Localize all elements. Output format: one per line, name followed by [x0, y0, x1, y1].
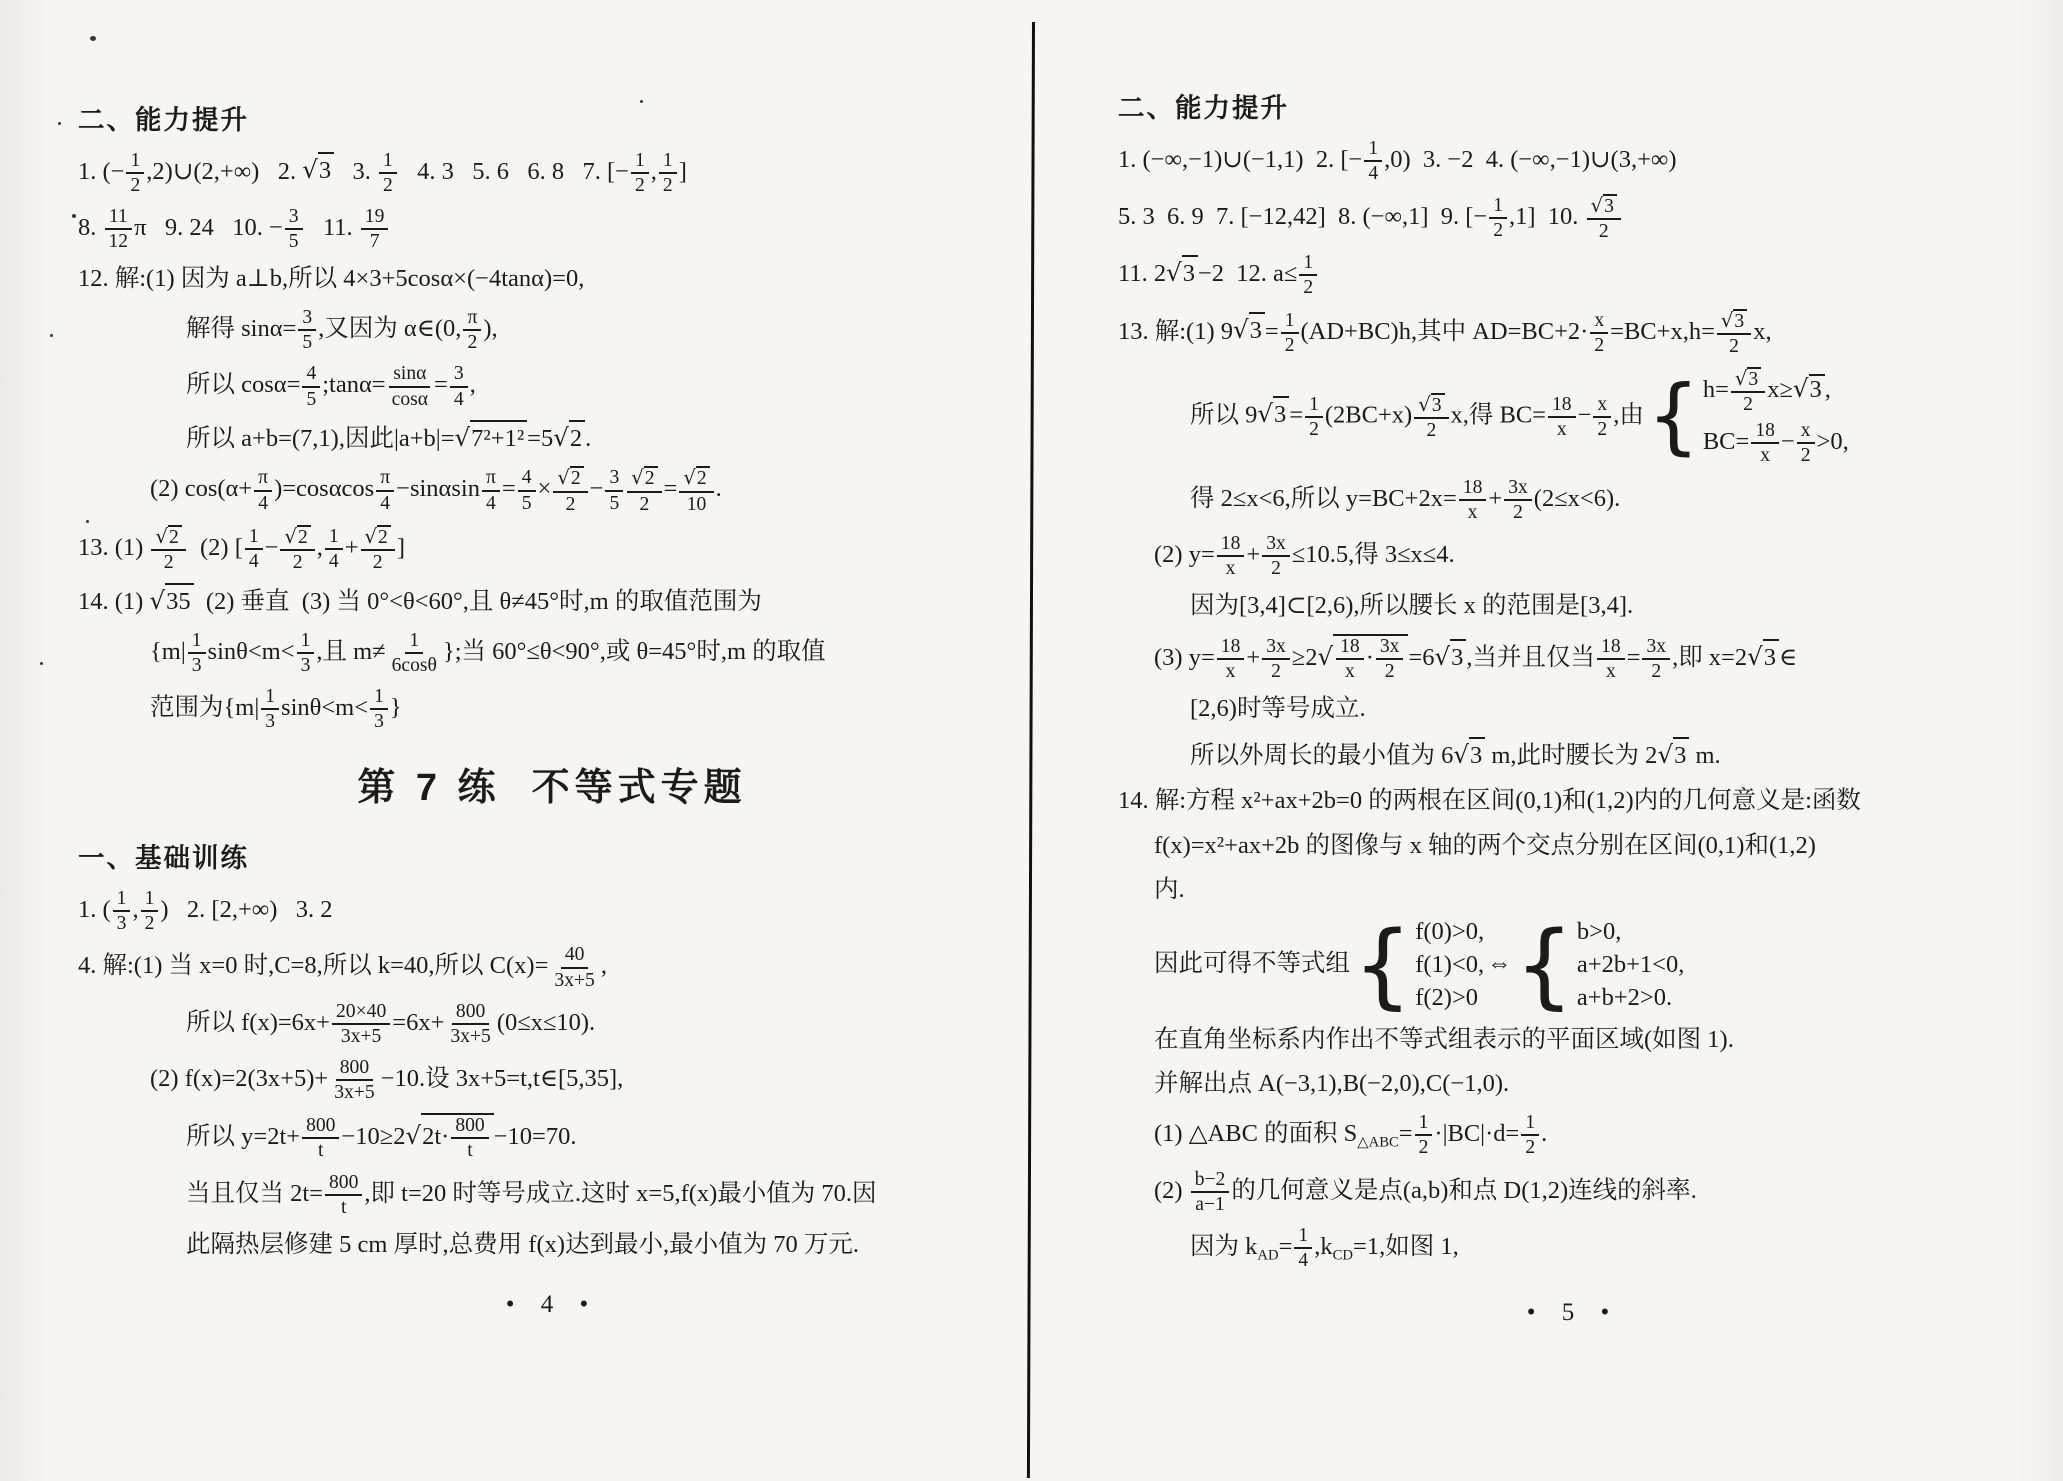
fraction: 13: [297, 630, 315, 676]
scan-speckle: [40, 662, 43, 665]
scan-speckle: [50, 334, 53, 337]
fraction: 20×403x+5: [332, 1001, 390, 1047]
fraction: 3x2: [1376, 636, 1404, 682]
cases-brace-group: {f(0)>0,f(1)<0,f(2)>0: [1353, 918, 1484, 1013]
sqrt-radical: √2: [284, 527, 310, 548]
text-line: 因为[3,4]⊂[2,6),所以腰长 x 的范围是[3,4].: [1118, 589, 2028, 624]
scanned-book-spread: { "document": { "kind": "scanned math wo…: [0, 0, 2063, 1481]
section-heading: 一、基础训练: [78, 840, 1026, 878]
cases-brace-group: {h=√32x≥√3,BC=18x−x2>0,: [1647, 367, 1849, 467]
fraction: x2: [1593, 394, 1611, 440]
fraction: 13: [370, 686, 388, 732]
practice-title: 第 7 练 不等式专题: [78, 762, 1026, 816]
sqrt-radical: √3: [1257, 401, 1289, 428]
sqrt-radical: √3: [302, 157, 334, 184]
text-line: 解得 sinα=35,又因为 α∈(0,π2),: [78, 307, 1026, 353]
sqrt-radical: √2: [553, 425, 585, 452]
cases-brace-group: {b>0,a+2b+1<0,a+b+2>0.: [1515, 918, 1685, 1013]
fraction: 800t: [302, 1115, 339, 1161]
book-spine-fold-line: [1027, 22, 1035, 1478]
fraction: √22: [627, 466, 661, 514]
sqrt-radical: √35: [149, 588, 193, 615]
sqrt-radical: √3: [1591, 196, 1617, 217]
text-line: 在直角坐标系内作出不等式组表示的平面区域(如图 1).: [1118, 1023, 2028, 1058]
sqrt-radical: √2: [155, 527, 181, 548]
sqrt-radical: √2: [683, 468, 709, 489]
scan-speckle: [72, 214, 76, 218]
fraction: 13: [261, 686, 279, 732]
fraction: 12: [1489, 195, 1507, 241]
text-line: (2) f(x)=2(3x+5)+8003x+5−10.设 3x+5=t,t∈[…: [78, 1057, 1026, 1103]
left-brace: {: [1647, 383, 1700, 450]
sqrt-radical: √2t·800t: [405, 1123, 493, 1150]
text-line: 内.: [1118, 873, 2028, 908]
fraction: √32: [1731, 367, 1765, 415]
fraction: 14: [1364, 138, 1382, 184]
fraction: 12: [1305, 394, 1323, 440]
fraction: 12: [379, 150, 397, 196]
text-line: 此隔热层修建 5 cm 厚时,总费用 f(x)达到最小,最小值为 70 万元.: [78, 1228, 1026, 1263]
fraction: 12: [1281, 310, 1299, 356]
text-line: 当且仅当 2t=800t,即 t=20 时等号成立.这时 x=5,f(x)最小值…: [78, 1172, 1026, 1218]
fraction: 18x: [1217, 533, 1245, 579]
fraction: 3x2: [1262, 533, 1290, 579]
text-line: 范围为{m|13sinθ<m<13}: [78, 686, 1026, 732]
fraction: sinαcosα: [388, 363, 432, 409]
fraction: 403x+5: [550, 944, 598, 990]
text-line: 14. (1) √35 (2) 垂直 (3) 当 0°<θ<60°,且 θ≠45…: [78, 583, 1026, 620]
text-line: (1) △ABC 的面积 S△ABC=12·|BC|·d=12.: [1118, 1112, 2028, 1158]
scan-speckle: [58, 122, 61, 125]
text-line: (2) y=18x+3x2≤10.5,得 3≤x≤4.: [1118, 533, 2028, 579]
fraction: π4: [254, 467, 272, 513]
fraction: 18x: [1751, 420, 1779, 466]
fraction: 14: [1294, 1225, 1312, 1271]
fraction: π4: [376, 467, 394, 513]
text-line: 所以 9√3=12(2BC+x)√32x,得 BC=18x−x2,由{h=√32…: [1118, 367, 2028, 467]
fraction: 12: [659, 150, 677, 196]
page-right: 二、能力提升1. (−∞,−1)∪(−1,1) 2. [−14,0) 3. −2…: [1118, 72, 2028, 1341]
text-line: 所以 y=2t+800t−10≥2√2t·800t−10=70.: [78, 1113, 1026, 1161]
text-line: [2,6)时等号成立.: [1118, 692, 2028, 727]
fraction: 18x: [1597, 636, 1625, 682]
sqrt-radical: √2: [365, 527, 391, 548]
text-line: 11. 2√3−2 12. a≤12: [1118, 252, 2028, 298]
sqrt-radical: √3: [1418, 395, 1444, 416]
text-line: 13. 解:(1) 9√3=12(AD+BC)h,其中 AD=BC+2·x2=B…: [1118, 309, 2028, 357]
fraction: 18x: [1459, 477, 1487, 523]
sqrt-radical: √3: [1747, 644, 1779, 671]
text-line: 所以 f(x)=6x+20×403x+5=6x+8003x+5(0≤x≤10).: [78, 1001, 1026, 1047]
text-line: {m|13sinθ<m<13,且 m≠16cosθ};当 60°≤θ<90°,或…: [78, 630, 1026, 676]
fraction: 8003x+5: [446, 1001, 494, 1047]
sqrt-radical: √3: [1233, 317, 1265, 344]
sqrt-radical: √3: [1735, 369, 1761, 390]
text-line: 得 2≤x<6,所以 y=BC+2x=18x+3x2(2≤x<6).: [1118, 477, 2028, 523]
fraction: 12: [1521, 1112, 1539, 1158]
fraction: √22: [553, 466, 587, 514]
text-line: 并解出点 A(−3,1),B(−2,0),C(−1,0).: [1118, 1067, 2028, 1102]
fraction: 18x: [1336, 636, 1364, 682]
fraction: π2: [463, 307, 481, 353]
fraction: π4: [482, 467, 500, 513]
sqrt-radical: √3: [1657, 742, 1689, 769]
fraction: 197: [361, 206, 389, 252]
fraction: 8003x+5: [330, 1057, 378, 1103]
text-line: 12. 解:(1) 因为 a⊥b,所以 4×3+5cosα×(−4tanα)=0…: [78, 262, 1026, 297]
text-line: 14. 解:方程 x²+ax+2b=0 的两根在区间(0,1)和(1,2)内的几…: [1118, 784, 2028, 819]
fraction: x2: [1590, 310, 1608, 356]
fraction: 14: [325, 526, 343, 572]
text-line: 8. 1112π 9. 24 10. −35 11. 197: [78, 206, 1026, 252]
text-line: (2) b−2a−1的几何意义是点(a,b)和点 D(1,2)连线的斜率.: [1118, 1169, 2028, 1215]
text-line: 1. (−12,2)∪(2,+∞) 2. √3 3. 12 4. 3 5. 6 …: [78, 150, 1026, 196]
sqrt-radical: √3: [1721, 311, 1747, 332]
text-line: 13. (1) √22 (2) [14−√22,14+√22]: [78, 525, 1026, 573]
text-line: (3) y=18x+3x2≥2√18x·3x2=6√3,当并且仅当18x=3x2…: [1118, 634, 2028, 682]
text-line: 所以 a+b=(7,1),因此|a+b|=√7²+1²=5√2.: [78, 420, 1026, 457]
fraction: 12: [141, 888, 159, 934]
fraction: 12: [126, 150, 144, 196]
fraction: √32: [1587, 194, 1621, 242]
fraction: 3x2: [1504, 477, 1532, 523]
text-line: 1. (13,12) 2. [2,+∞) 3. 2: [78, 888, 1026, 934]
fraction: √22: [151, 525, 185, 573]
fraction: 45: [302, 363, 320, 409]
page-left: 二、能力提升1. (−12,2)∪(2,+∞) 2. √3 3. 12 4. 3…: [78, 84, 1026, 1332]
fraction: 18x: [1217, 636, 1245, 682]
sqrt-radical: √3: [1793, 376, 1825, 403]
fraction: 12: [631, 150, 649, 196]
text-line: 所以外周长的最小值为 6√3 m,此时腰长为 2√3 m.: [1118, 737, 2028, 774]
sqrt-radical: √18x·3x2: [1317, 644, 1408, 671]
fraction: 35: [298, 307, 316, 353]
left-brace: {: [1515, 928, 1574, 1002]
text-line: 所以 cosα=45;tanα=sinαcosα=34,: [78, 363, 1026, 409]
fraction: 1112: [105, 206, 133, 252]
left-brace: {: [1353, 928, 1412, 1002]
fraction: 34: [450, 363, 468, 409]
fraction: 16cosθ: [388, 630, 441, 676]
page-number: • 5 •: [1118, 1295, 2028, 1331]
sqrt-radical: √3: [1435, 644, 1467, 671]
fraction: 12: [1415, 1112, 1433, 1158]
text-line: 4. 解:(1) 当 x=0 时,C=8,所以 k=40,所以 C(x)=403…: [78, 944, 1026, 990]
fraction: x2: [1797, 420, 1815, 466]
fraction: 18x: [1548, 394, 1576, 440]
fraction: 3x2: [1262, 636, 1290, 682]
sqrt-radical: √2: [557, 468, 583, 489]
fraction: √32: [1717, 309, 1751, 357]
fraction: √32: [1414, 393, 1448, 441]
fraction: 35: [605, 467, 623, 513]
fraction: 12: [1299, 252, 1317, 298]
text-line: 因此可得不等式组{f(0)>0,f(1)<0,f(2)>0⇔{b>0,a+2b+…: [1118, 918, 2028, 1013]
scan-speckle: [90, 36, 96, 41]
fraction: 13: [113, 888, 131, 934]
sqrt-radical: √3: [1166, 260, 1198, 287]
fraction: √22: [361, 525, 395, 573]
sqrt-radical: √3: [1453, 742, 1485, 769]
fraction: √210: [679, 466, 713, 514]
section-heading: 二、能力提升: [78, 102, 1026, 140]
fraction: 13: [188, 630, 206, 676]
fraction: 800t: [325, 1172, 362, 1218]
sqrt-radical: √7²+1²: [455, 425, 528, 452]
fraction: 3x2: [1642, 636, 1670, 682]
text-line: (2) cos(α+π4)=cosαcosπ4−sinαsinπ4=45×√22…: [78, 466, 1026, 514]
text-line: f(x)=x²+ax+2b 的图像与 x 轴的两个交点分别在区间(0,1)和(1…: [1118, 829, 2028, 864]
section-heading: 二、能力提升: [1118, 90, 2028, 128]
fraction: 14: [245, 526, 263, 572]
fraction: b−2a−1: [1191, 1169, 1230, 1215]
text-line: 1. (−∞,−1)∪(−1,1) 2. [−14,0) 3. −2 4. (−…: [1118, 138, 2028, 184]
text-line: 5. 3 6. 9 7. [−12,42] 8. (−∞,1] 9. [−12,…: [1118, 194, 2028, 242]
fraction: 45: [518, 467, 536, 513]
page-number: • 4 •: [78, 1287, 1026, 1323]
fraction: √22: [280, 525, 314, 573]
fraction: 800t: [451, 1115, 488, 1161]
sqrt-radical: √2: [631, 468, 657, 489]
text-line: 因为 kAD=14,kCD=1,如图 1,: [1118, 1225, 2028, 1271]
fraction: 35: [285, 206, 303, 252]
